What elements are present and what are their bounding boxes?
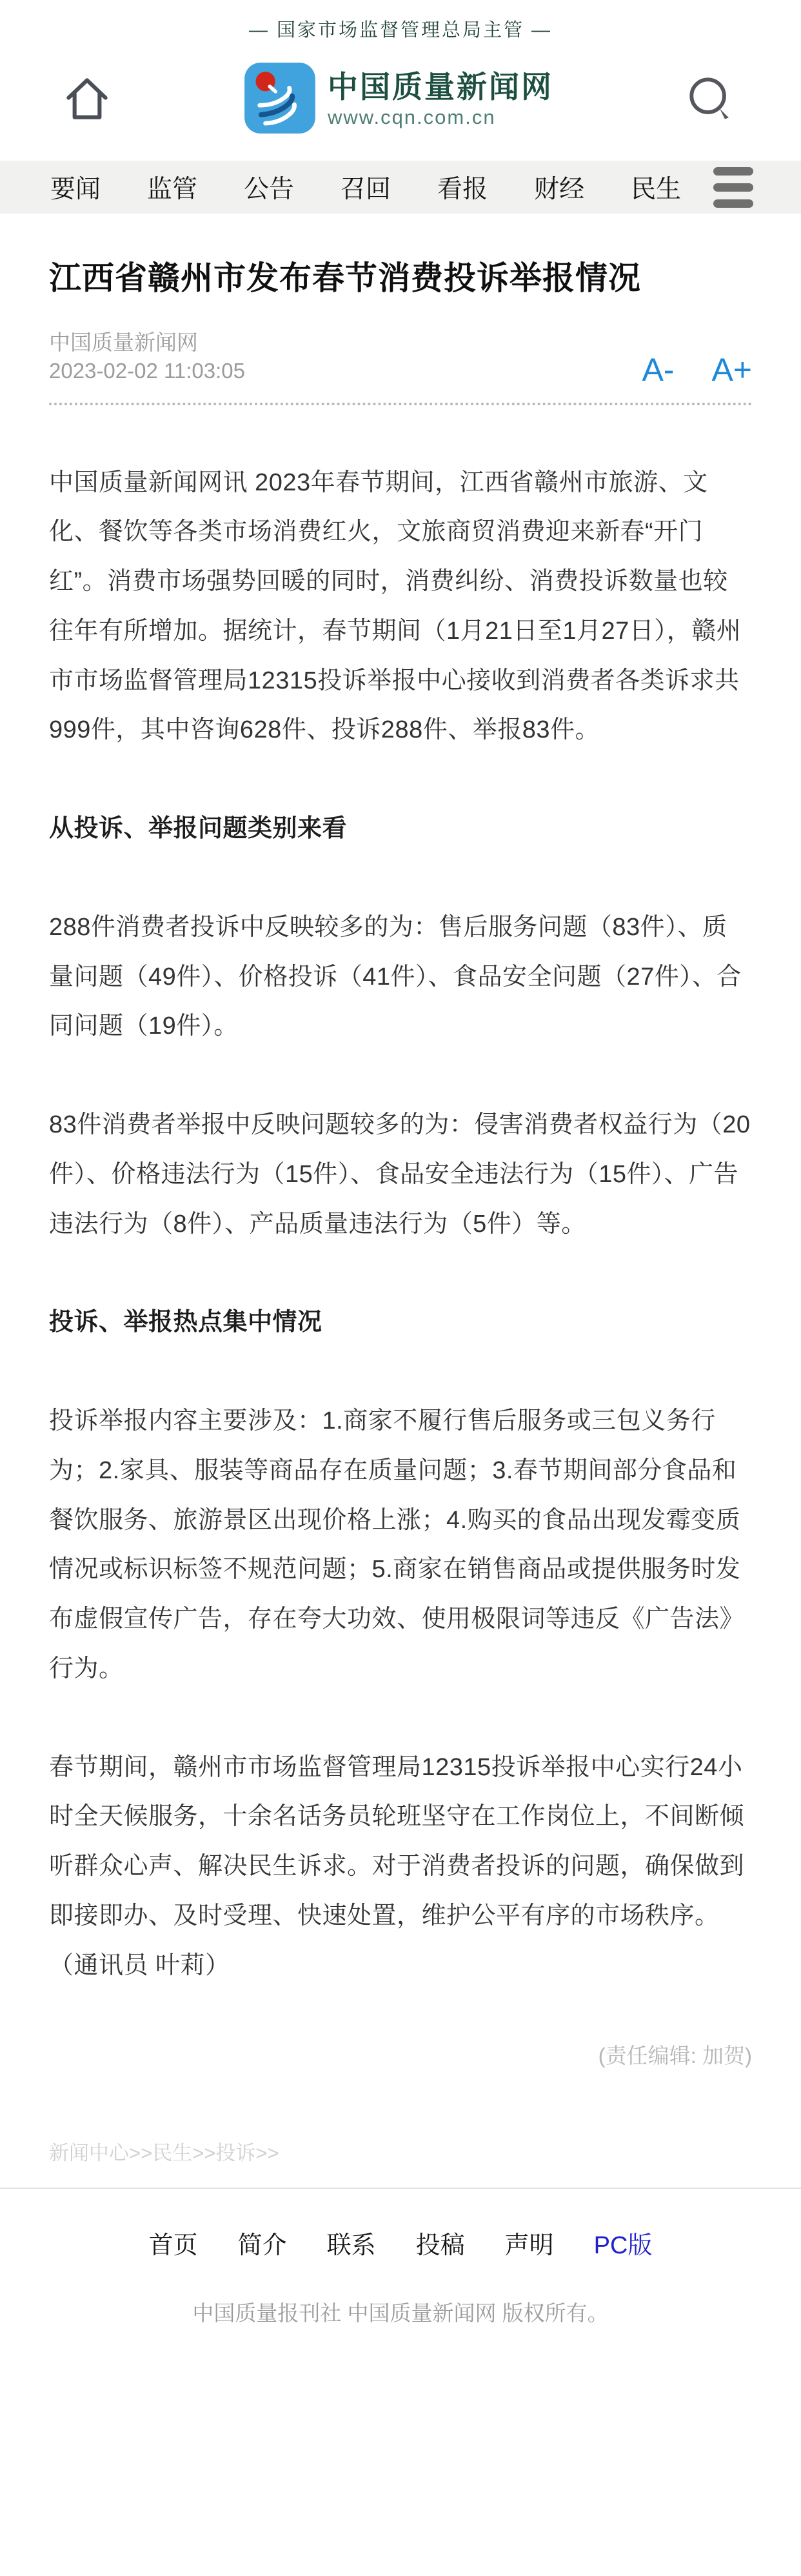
footer-link-投稿[interactable]: 投稿: [416, 2225, 465, 2260]
nav-item-要闻[interactable]: 要闻: [50, 169, 101, 205]
footer-link-首页[interactable]: 首页: [149, 2225, 198, 2260]
footer-link-简介[interactable]: 简介: [238, 2225, 287, 2260]
footer-link-联系[interactable]: 联系: [327, 2225, 376, 2260]
nav-items: 要闻监管公告召回看报财经民生: [50, 169, 687, 205]
nav-item-财经[interactable]: 财经: [534, 169, 584, 205]
section-heading: 从投诉、举报问题类别来看: [49, 804, 752, 854]
article-paragraph: 中国质量新闻网讯 2023年春节期间，江西省赣州市旅游、文化、餐饮等各类市场消费…: [49, 458, 752, 756]
supervisor-slogan: — 国家市场监督管理总局主管 —: [0, 0, 801, 42]
home-button[interactable]: [59, 71, 115, 128]
font-smaller-button[interactable]: A-: [642, 354, 674, 386]
section-heading: 投诉、举报热点集中情况: [49, 1298, 752, 1347]
nav-item-公告[interactable]: 公告: [244, 169, 294, 205]
page: — 国家市场监督管理总局主管 — 中国质量新闻网: [0, 0, 801, 2576]
article-body: 中国质量新闻网讯 2023年春节期间，江西省赣州市旅游、文化、餐饮等各类市场消费…: [49, 458, 752, 1991]
footer-divider: [0, 2188, 801, 2189]
footer-link-声明[interactable]: 声明: [505, 2225, 554, 2260]
nav-item-民生[interactable]: 民生: [631, 169, 681, 205]
article-datetime: 2023-02-02 11:03:05: [49, 357, 245, 386]
site-logo[interactable]: 中国质量新闻网 www.cqn.com.cn: [244, 62, 553, 137]
article-paragraph: 83件消费者举报中反映问题较多的为：侵害消费者权益行为（20件）、价格违法行为（…: [49, 1100, 752, 1249]
footer-link-pc-version[interactable]: PC版: [594, 2225, 653, 2260]
search-button[interactable]: [682, 70, 739, 129]
site-header: 中国质量新闻网 www.cqn.com.cn: [0, 42, 801, 161]
font-size-controls: A- A+: [642, 354, 752, 386]
site-name: 中国质量新闻网: [328, 71, 553, 104]
article-paragraph: 春节期间，赣州市市场监督管理局12315投诉举报中心实行24小时全天候服务，十余…: [49, 1743, 752, 1991]
article-paragraph: 288件消费者投诉中反映较多的为：售后服务问题（83件）、质量问题（49件）、价…: [49, 903, 752, 1051]
article: 江西省赣州市发布春节消费投诉举报情况 中国质量新闻网 2023-02-02 11…: [0, 250, 801, 2166]
search-icon: [682, 70, 739, 129]
dotted-divider: [49, 403, 752, 405]
article-source: 中国质量新闻网: [49, 328, 245, 357]
article-title: 江西省赣州市发布春节消费投诉举报情况: [49, 250, 752, 307]
nav-item-监管[interactable]: 监管: [147, 169, 197, 205]
main-nav: 要闻监管公告召回看报财经民生: [0, 161, 801, 214]
footer-nav: 首页简介联系投稿声明PC版: [0, 2225, 801, 2260]
cqn-logo-icon: [244, 62, 316, 137]
logo-text: 中国质量新闻网 www.cqn.com.cn: [328, 71, 553, 128]
nav-item-看报[interactable]: 看报: [437, 169, 488, 205]
nav-item-召回[interactable]: 召回: [341, 169, 391, 205]
article-meta: 中国质量新闻网 2023-02-02 11:03:05 A- A+: [49, 328, 752, 386]
breadcrumb[interactable]: 新闻中心>>民生>>投诉>>: [49, 2137, 752, 2166]
article-meta-left: 中国质量新闻网 2023-02-02 11:03:05: [49, 328, 245, 386]
article-paragraph: 投诉举报内容主要涉及：1.商家不履行售后服务或三包义务行为；2.家具、服装等商品…: [49, 1396, 752, 1694]
copyright: 中国质量报刊社 中国质量新闻网 版权所有。: [0, 2297, 801, 2341]
site-url: www.cqn.com.cn: [328, 106, 496, 128]
font-larger-button[interactable]: A+: [711, 354, 752, 386]
home-icon: [59, 71, 115, 128]
hamburger-menu-icon[interactable]: [713, 167, 753, 208]
editor-note: (责任编辑: 加贺): [49, 2039, 752, 2069]
